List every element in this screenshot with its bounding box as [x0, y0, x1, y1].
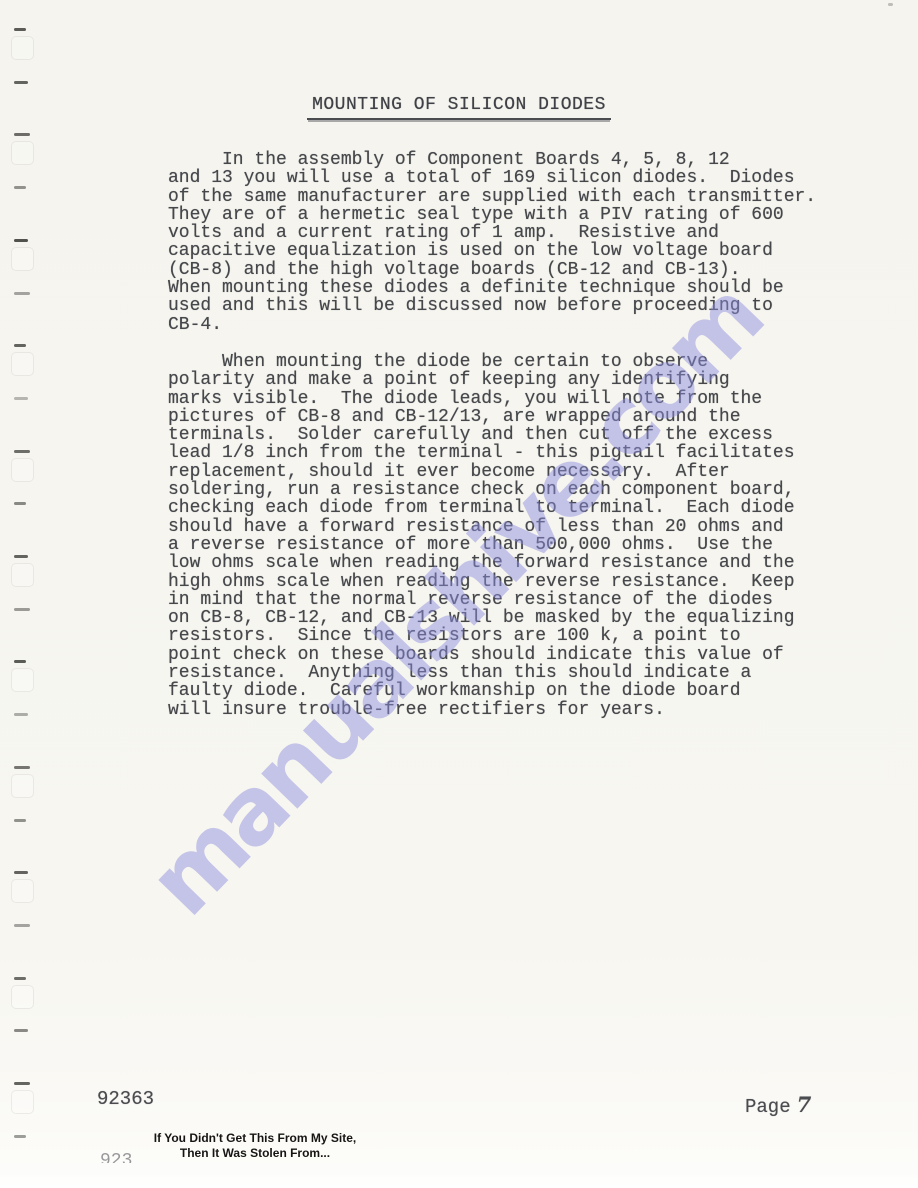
binder-mark [14, 871, 28, 874]
binder-mark [14, 81, 28, 84]
paragraph-1: In the assembly of Component Boards 4, 5… [168, 151, 848, 334]
stamp-line-2: Then It Was Stolen From... [150, 1146, 360, 1161]
scan-speck [888, 3, 893, 6]
title-row: MOUNTING OF SILICON DIODES [0, 95, 918, 120]
page-number-digit: 7 [797, 1092, 812, 1117]
binder-mark [14, 977, 26, 980]
binder-mark [14, 397, 28, 400]
binder-mark [14, 502, 26, 505]
binder-mark [14, 608, 30, 611]
binder-mark [14, 1029, 28, 1032]
page-number: Page7 [745, 1092, 811, 1118]
binder-mark [14, 660, 26, 663]
document-body: In the assembly of Component Boards 4, 5… [168, 151, 848, 738]
binder-mark [14, 555, 28, 558]
page-title: MOUNTING OF SILICON DIODES [307, 95, 611, 120]
binder-hole-outline [11, 247, 34, 271]
binder-mark [14, 819, 26, 822]
binder-mark [14, 713, 28, 716]
binder-mark [14, 28, 26, 31]
site-stamp: If You Didn't Get This From My Site, The… [150, 1131, 360, 1160]
binder-mark [14, 1082, 30, 1085]
binder-hole-outline [11, 352, 34, 376]
binder-hole-outline [11, 141, 34, 165]
binder-hole-outline [11, 774, 34, 798]
stamp-line-1: If You Didn't Get This From My Site, [150, 1131, 360, 1146]
binder-mark [14, 766, 30, 769]
binder-mark [14, 186, 26, 189]
binder-hole-outline [11, 879, 34, 903]
page-label: Page [745, 1096, 791, 1118]
binder-mark [14, 924, 30, 927]
binder-mark [14, 292, 30, 295]
binder-hole-outline [11, 36, 34, 60]
binder-mark [14, 450, 30, 453]
binder-hole-outline [11, 668, 34, 692]
binder-mark [14, 1135, 26, 1138]
document-number: 92363 [97, 1088, 154, 1110]
paragraph-2: When mounting the diode be certain to ob… [168, 353, 848, 719]
binder-hole-outline [11, 458, 34, 482]
binder-mark [14, 133, 30, 136]
binder-hole-outline [11, 985, 34, 1009]
binder-hole-outline [11, 563, 34, 587]
scanned-manual-page: MOUNTING OF SILICON DIODES In the assemb… [0, 0, 918, 1188]
partial-doc-number: 923 [100, 1151, 160, 1163]
binder-hole-outline [11, 1090, 34, 1114]
binder-mark [14, 239, 28, 242]
scan-bottom-fade [0, 1170, 918, 1188]
binder-mark [14, 344, 26, 347]
